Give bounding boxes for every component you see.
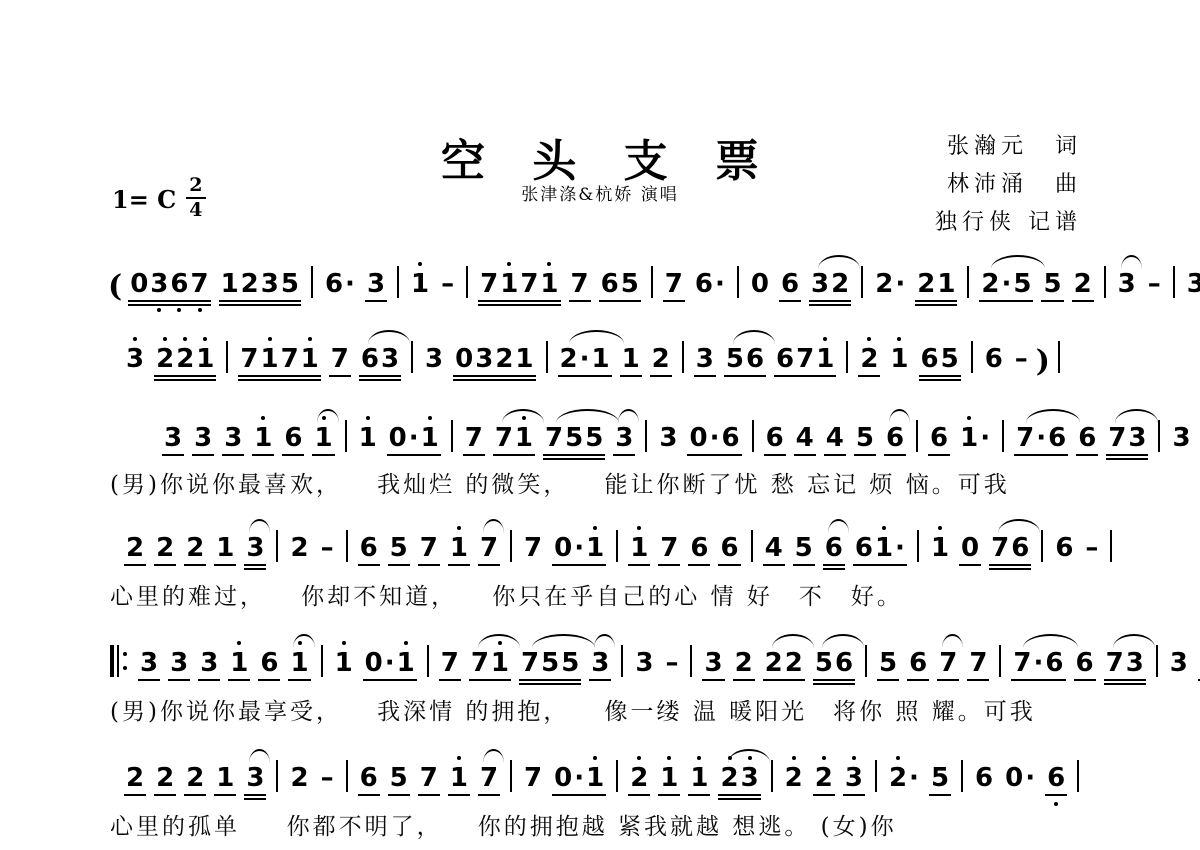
note-token: – [1147,270,1162,299]
notation-line-6: 222132–6571770·1211232232·560·6 [120,760,1085,806]
note-token: 755 [520,649,580,678]
key-label: 1= C [112,185,176,214]
barline [346,530,348,562]
note-token: 3 [634,649,654,678]
barline [311,266,313,298]
note-token: 7 [464,424,484,453]
tie-arc [532,634,595,648]
barline [346,760,348,792]
note-token: 2 [185,534,205,563]
barline [917,530,919,562]
note-token: 5 [1042,270,1062,299]
note-token: 5 [878,649,898,678]
note-token: – [320,534,335,563]
note-token: 6 [359,764,379,793]
barline [999,645,1001,677]
note-token: 6· [694,270,726,299]
tie-arc [818,255,860,269]
barline [967,266,969,298]
note-token: 2 [185,764,205,793]
note-token: 3 [163,424,183,453]
note-token: 1· [959,424,991,453]
note-token: 1 [449,534,469,563]
tie-arc [1023,634,1078,648]
note-token: 4 [825,424,845,453]
note-token: – [1014,345,1029,374]
tie-arc [998,519,1040,533]
barline [427,645,429,677]
tie-arc [889,409,910,423]
note-token: 3 [614,424,634,453]
note-token: 6 [689,534,709,563]
time-signature: 24 [186,176,205,220]
note-token: 1 [358,424,378,453]
note-token: 0 [750,270,770,299]
note-token: 0· [1004,764,1036,793]
tie-arc [483,749,504,763]
note-token: 2 [289,764,309,793]
barline [345,420,347,452]
barline [1110,530,1112,562]
note-token: – [1084,534,1099,563]
note-token: 3 [658,424,678,453]
note-token: 2 [734,649,754,678]
note-token: 7 [968,649,988,678]
note-token: 65 [920,345,960,374]
barline [226,341,228,373]
note-token: 7·6 [1012,649,1064,678]
note-token: 5 [855,424,875,453]
note-token: 6 [984,345,1004,374]
barline [451,420,453,452]
note-token: 22 [764,649,804,678]
note-token: 2 [814,764,834,793]
note-token: 3 [695,345,715,374]
note-token: 3 [1169,649,1189,678]
tie-arc [733,330,775,344]
barline [916,420,918,452]
notation-line-3: 33316110·1771755330·66445661·7·66733033 [158,420,1200,466]
note-token: 1 [229,649,249,678]
note-token: 1235 [220,270,300,299]
tie-arc [249,749,270,763]
notation-line-4: 222132–6571770·1176645661·10766– [120,530,1118,576]
note-token: 0·1 [388,424,440,453]
note-token: 6 [359,534,379,563]
barline [616,530,618,562]
note-token: 3 [125,345,145,374]
barline [865,645,867,677]
credits: 张瀚元 词 林沛涌 曲 独行侠 记谱 [935,128,1082,242]
note-token: 6 [885,424,905,453]
barline [1156,645,1158,677]
barline [411,341,413,373]
note-token: 2 [629,764,649,793]
note-token: 3 [1171,424,1191,453]
note-token: 6 [765,424,785,453]
tie-arc [828,519,849,533]
note-token: 6 [974,764,994,793]
note-token: 2·1 [559,345,611,374]
note-token: 76 [990,534,1030,563]
barline [1077,760,1079,792]
note-token: 6 [780,270,800,299]
note-token: 7 [479,764,499,793]
tie-arc [317,409,338,423]
barline [546,341,548,373]
note-token: 5 [389,534,409,563]
key-signature: 1= C24 [112,176,206,220]
barline [846,341,848,373]
barline [510,530,512,562]
note-token: 7 [419,534,439,563]
note-token: 5 [794,534,814,563]
note-token: 7171 [239,345,319,374]
barline [1173,266,1175,298]
lyrics-line-4: 心里的孤单 你都不明了， 你的拥抱越 紧我就越 想逃。 (女)你 [110,808,897,841]
barline [1058,341,1060,373]
note-token: 0·1 [364,649,416,678]
barline [861,266,863,298]
barline [1104,266,1106,298]
note-token: 56 [814,649,854,678]
note-token: 1 [930,534,950,563]
note-token: 7 [938,649,958,678]
note-token: 1 [689,764,709,793]
note-token: 1 [889,345,909,374]
note-token: 6 [1046,764,1066,793]
lyrics-line-3: (男)你说你最享受， 我深情 的拥抱， 像一缕 温 暖阳光 将你 照 耀。可我 [110,693,1036,726]
barline [510,760,512,792]
barline [645,420,647,452]
sheet-music-page: 空 头 支 票 张津涤&杭娇 演唱 1= C24 张瀚元 词 林沛涌 曲 独行侠… [0,0,1200,850]
note-token: 3 [139,649,159,678]
note-token: 73 [1105,649,1145,678]
tie-arc [368,330,410,344]
tie-arc [556,409,619,423]
note-token: 0·1 [553,764,605,793]
tie-arc [1026,409,1081,423]
note-token: 6 [283,424,303,453]
tie-arc [1113,634,1155,648]
note-token: 2 [155,534,175,563]
note-token: 6 [1077,424,1097,453]
note-token: 56 [725,345,765,374]
tie-arc [594,634,615,648]
time-signature-top: 2 [186,176,205,199]
barline [621,645,623,677]
open-paren: ( [108,269,122,304]
barline [651,266,653,298]
note-token: 71 [470,649,510,678]
credit-composer: 林沛涌 曲 [935,166,1082,204]
credit-lyricist: 张瀚元 词 [935,128,1082,166]
notation-line-1: (036712356·31–717176576·06322·212·5523–3… [106,266,1200,312]
time-signature-bottom: 4 [186,199,205,220]
note-token: 1 [629,534,649,563]
note-token: 6 [824,534,844,563]
barline [1002,420,1004,452]
barline [616,760,618,792]
barline [961,760,963,792]
note-token: 671 [775,345,835,374]
tie-arc [293,634,314,648]
note-token: 2 [859,345,879,374]
tie-arc [822,634,864,648]
note-token: 6 [719,534,739,563]
tie-arc [249,519,270,533]
barline [276,530,278,562]
note-token: 7 [523,534,543,563]
note-token: 221 [155,345,215,374]
note-token: 7 [419,764,439,793]
note-token: 7 [664,270,684,299]
note-token: 63 [360,345,400,374]
note-token: 4 [764,534,784,563]
note-token: 3 [1186,270,1200,299]
tie-arc [942,634,963,648]
note-token: 7 [330,345,350,374]
tie-arc [772,634,814,648]
note-token: 65 [600,270,640,299]
note-token: 32 [810,270,850,299]
note-token: 2 [289,534,309,563]
note-token: 2·5 [980,270,1032,299]
barline [466,266,468,298]
note-token: 0321 [454,345,534,374]
barline [751,530,753,562]
note-token: 2 [155,764,175,793]
note-token: 3 [223,424,243,453]
note-token: 1 [215,534,235,563]
close-paren: ) [1036,344,1050,379]
note-token: 6 [908,649,928,678]
note-token: 7 [570,270,590,299]
note-token: 3 [193,424,213,453]
barline [752,420,754,452]
note-token: 0367 [129,270,209,299]
note-token: 755 [544,424,604,453]
tie-arc [1115,409,1157,423]
note-token: 7 [440,649,460,678]
note-token: 7·6 [1015,424,1067,453]
note-token: 0 [960,534,980,563]
note-token: 1 [289,649,309,678]
note-token: 2 [125,764,145,793]
barline [771,760,773,792]
note-token: 1 [313,424,333,453]
note-token: 6 [1054,534,1074,563]
note-token: 1 [334,649,354,678]
barline [690,645,692,677]
note-token: 7 [479,534,499,563]
barline [1041,530,1043,562]
barline [737,266,739,298]
note-token: 1 [215,764,235,793]
barline [276,760,278,792]
note-token: 1 [449,764,469,793]
tie-arc [569,330,624,344]
note-token: 1 [621,345,641,374]
note-token: 1 [659,764,679,793]
note-token: 6 [929,424,949,453]
note-token: 2 [651,345,671,374]
note-token: 1 [253,424,273,453]
note-token: 21 [916,270,956,299]
barline [971,341,973,373]
note-token: – [440,270,455,299]
note-token: 2 [125,534,145,563]
notation-line-2: 32217171763303212·11235667121656–) [120,341,1066,387]
tie-arc [618,409,639,423]
repeat-sign [110,645,128,677]
note-token: 2 [1073,270,1093,299]
note-token: 2 [784,764,804,793]
note-token: 2· [874,270,906,299]
note-token: 7 [659,534,679,563]
note-token: 3 [366,270,386,299]
barline [875,760,877,792]
note-token: 73 [1107,424,1147,453]
note-token: 0·1 [553,534,605,563]
tie-arc [728,749,770,763]
note-token: 3 [199,649,219,678]
note-token: 3 [169,649,189,678]
note-token: 5 [389,764,409,793]
note-token: 3 [1117,270,1137,299]
note-token: 4 [795,424,815,453]
barline [397,266,399,298]
note-token: – [320,764,335,793]
note-token: 6· [324,270,356,299]
tie-arc [483,519,504,533]
tie-arc [991,255,1046,269]
barline [321,645,323,677]
note-token: 3 [590,649,610,678]
note-token: 6 [259,649,279,678]
note-token: 0·6 [688,424,740,453]
note-token: 3 [245,764,265,793]
note-token: – [664,649,679,678]
note-token: 7171 [479,270,559,299]
credit-transcriber: 独行侠 记谱 [935,204,1082,242]
note-token: 1 [410,270,430,299]
tie-arc [1121,255,1142,269]
note-token: 3 [245,534,265,563]
note-token: 71 [494,424,534,453]
tie-arc [478,634,520,648]
notation-line-5: 33316110·177175533–32225656777·66733033 [110,645,1200,691]
note-token: 61· [854,534,906,563]
tie-arc [502,409,544,423]
note-token: 23 [719,764,759,793]
note-token: 3 [844,764,864,793]
lyrics-line-1: (男)你说你最喜欢， 我灿烂 的微笑， 能让你断了忧 愁 忘记 烦 恼。可我 [110,466,1010,499]
note-token: 6 [1075,649,1095,678]
note-token: 2· [888,764,920,793]
note-token: 5 [930,764,950,793]
note-token: 3 [424,345,444,374]
barline [1158,420,1160,452]
note-token: 3 [703,649,723,678]
note-token: 7 [523,764,543,793]
lyrics-line-2: 心里的难过， 你却不知道， 你只在乎自己的心 情 好 不 好。 [110,578,903,611]
barline [682,341,684,373]
